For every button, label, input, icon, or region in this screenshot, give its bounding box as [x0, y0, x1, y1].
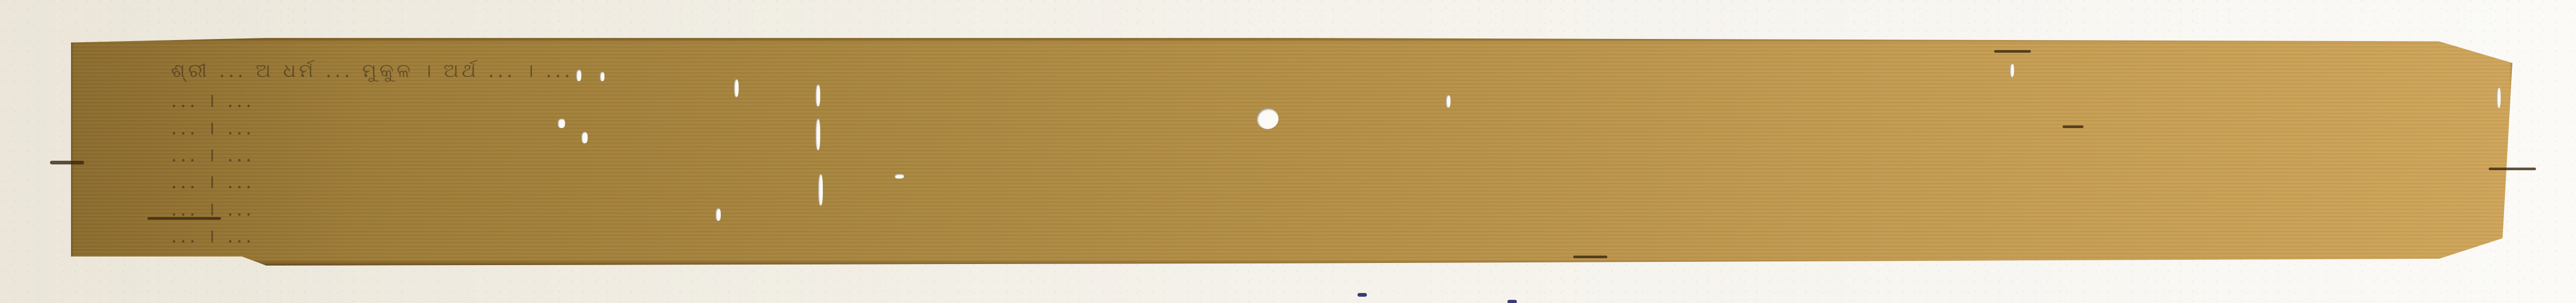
- edge-crack: [2489, 168, 2536, 170]
- worm-hole: [600, 72, 605, 81]
- edge-crack: [1573, 256, 1607, 258]
- worm-hole: [2497, 87, 2501, 108]
- text-line-2: ... । ...: [171, 87, 2402, 109]
- manuscript-text-block: ଶ୍ରୀ ... ଅ ଧର୍ମ ... ମୁକୁଳ । ଅର୍ଥ ... । .…: [171, 60, 2402, 245]
- worm-hole: [818, 174, 823, 206]
- worm-hole: [2010, 63, 2014, 77]
- worm-hole: [816, 119, 820, 150]
- worm-hole: [558, 119, 565, 128]
- worm-hole: [894, 174, 904, 179]
- background-ink-speck: [1357, 293, 1367, 297]
- text-line-6: ... । ...: [171, 196, 2402, 218]
- text-line-1: ଶ୍ରୀ ... ଅ ଧର୍ମ ... ମୁକୁଳ । ଅର୍ଥ ... । .…: [171, 60, 2402, 82]
- worm-hole: [716, 208, 721, 221]
- edge-crack: [1994, 50, 2031, 53]
- text-line-5: ... । ...: [171, 168, 2402, 190]
- worm-hole: [1446, 95, 1451, 107]
- worm-hole: [576, 70, 581, 81]
- worm-hole: [816, 84, 820, 106]
- worm-hole: [581, 132, 588, 143]
- binding-hole: [1256, 108, 1279, 129]
- edge-crack: [50, 161, 84, 164]
- background-ink-speck: [1507, 300, 1517, 303]
- palm-leaf-manuscript: ଶ୍ରୀ ... ଅ ଧର୍ମ ... ମୁକୁଳ । ଅର୍ଥ ... । .…: [71, 38, 2512, 266]
- worm-hole: [734, 79, 739, 97]
- edge-crack: [147, 217, 221, 220]
- text-line-7: ... । ...: [171, 222, 2402, 245]
- text-line-4: ... । ...: [171, 141, 2402, 163]
- edge-crack: [2062, 125, 2084, 128]
